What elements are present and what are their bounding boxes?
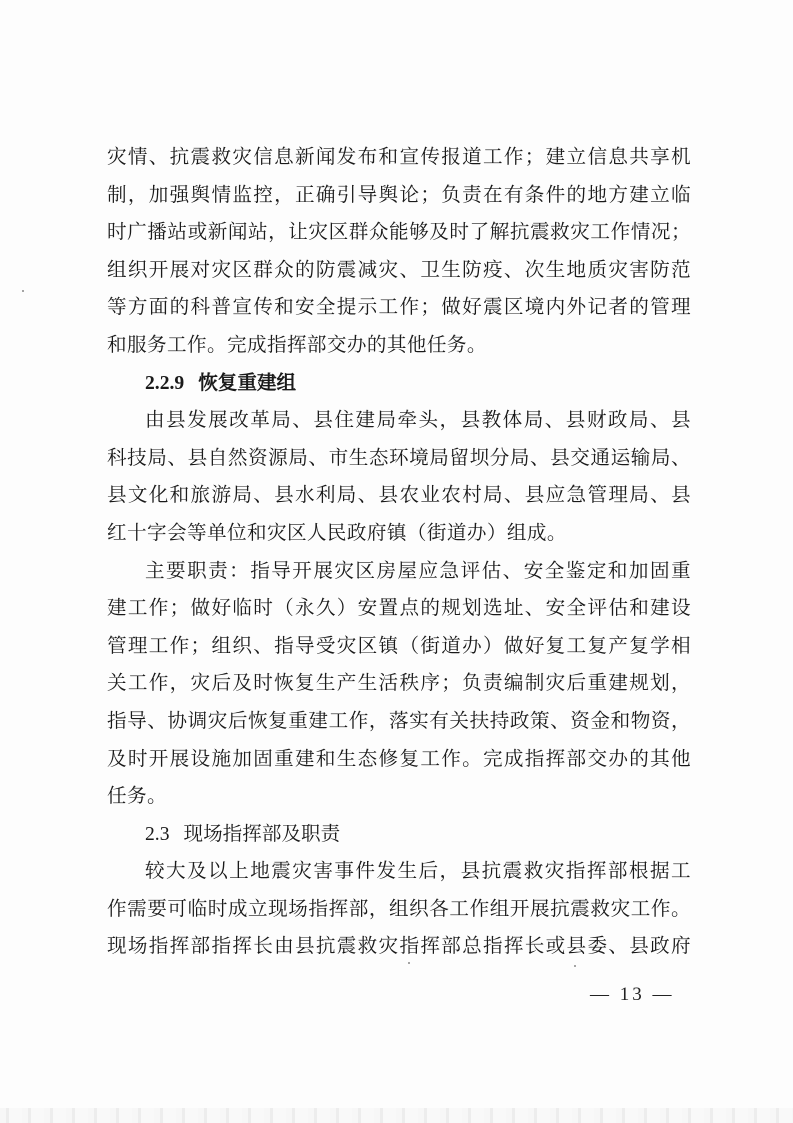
section-heading-2-2-9: 2.2.9恢复重建组 (107, 364, 691, 402)
text-line: 作需要可临时成立现场指挥部，组织各工作组开展抗震救灾工作。 (107, 890, 691, 928)
scan-artifact-edge (0, 1108, 793, 1123)
text-line: 红十字会等单位和灾区人民政府镇（街道办）组成。 (107, 514, 691, 552)
text-line: 及时开展设施加固重建和生态修复工作。完成指挥部交办的其他 (107, 740, 691, 778)
paragraph-group-composition: 由县发展改革局、县住建局牵头，县教体局、县财政局、县 科技局、县自然资源局、市生… (107, 401, 691, 551)
scan-speck (574, 965, 576, 967)
text-line: 组织开展对灾区群众的防震减灾、卫生防疫、次生地质灾害防范 (107, 251, 691, 289)
section-number: 2.2.9 (145, 365, 184, 403)
section-title: 恢复重建组 (198, 371, 296, 394)
text-line: 由县发展改革局、县住建局牵头，县教体局、县财政局、县 (107, 401, 691, 439)
page-content: 灾情、抗震救灾信息新闻发布和宣传报道工作；建立信息共享机 制，加强舆情监控，正确… (107, 138, 691, 965)
text-line: 较大及以上地震灾害事件发生后，县抗震救灾指挥部根据工 (107, 852, 691, 890)
scan-speck (408, 962, 410, 964)
text-line: 县文化和旅游局、县水利局、县农业农村局、县应急管理局、县 (107, 476, 691, 514)
text-line: 灾情、抗震救灾信息新闻发布和宣传报道工作；建立信息共享机 (107, 138, 691, 176)
paragraph-onsite-command: 较大及以上地震灾害事件发生后，县抗震救灾指挥部根据工 作需要可临时成立现场指挥部… (107, 852, 691, 965)
paragraph-info-publicity-duties: 灾情、抗震救灾信息新闻发布和宣传报道工作；建立信息共享机 制，加强舆情监控，正确… (107, 138, 691, 364)
text-line: 和服务工作。完成指挥部交办的其他任务。 (107, 326, 691, 364)
scan-speck (22, 290, 24, 292)
page-number: — 13 — (590, 984, 675, 1006)
text-line: 管理工作；组织、指导受灾区镇（街道办）做好复工复产复学相 (107, 627, 691, 665)
text-line: 主要职责：指导开展灾区房屋应急评估、安全鉴定和加固重 (107, 552, 691, 590)
document-page: 灾情、抗震救灾信息新闻发布和宣传报道工作；建立信息共享机 制，加强舆情监控，正确… (0, 0, 793, 1123)
section-title: 现场指挥部及职责 (184, 822, 341, 845)
text-line: 任务。 (107, 777, 691, 815)
text-line: 制，加强舆情监控，正确引导舆论；负责在有条件的地方建立临 (107, 176, 691, 214)
text-line: 等方面的科普宣传和安全提示工作；做好震区境内外记者的管理 (107, 288, 691, 326)
text-line: 建工作；做好临时（永久）安置点的规划选址、安全评估和建设 (107, 589, 691, 627)
text-line: 科技局、县自然资源局、市生态环境局留坝分局、县交通运输局、 (107, 439, 691, 477)
text-line: 现场指挥部指挥长由县抗震救灾指挥部总指挥长或县委、县政府 (107, 927, 691, 965)
section-number: 2.3 (145, 816, 170, 854)
section-heading-2-3: 2.3现场指挥部及职责 (107, 815, 691, 853)
text-line: 关工作，灾后及时恢复生产生活秩序；负责编制灾后重建规划， (107, 664, 691, 702)
text-line: 时广播站或新闻站，让灾区群众能够及时了解抗震救灾工作情况； (107, 213, 691, 251)
paragraph-main-duties: 主要职责：指导开展灾区房屋应急评估、安全鉴定和加固重 建工作；做好临时（永久）安… (107, 552, 691, 815)
text-line: 指导、协调灾后恢复重建工作，落实有关扶持政策、资金和物资， (107, 702, 691, 740)
